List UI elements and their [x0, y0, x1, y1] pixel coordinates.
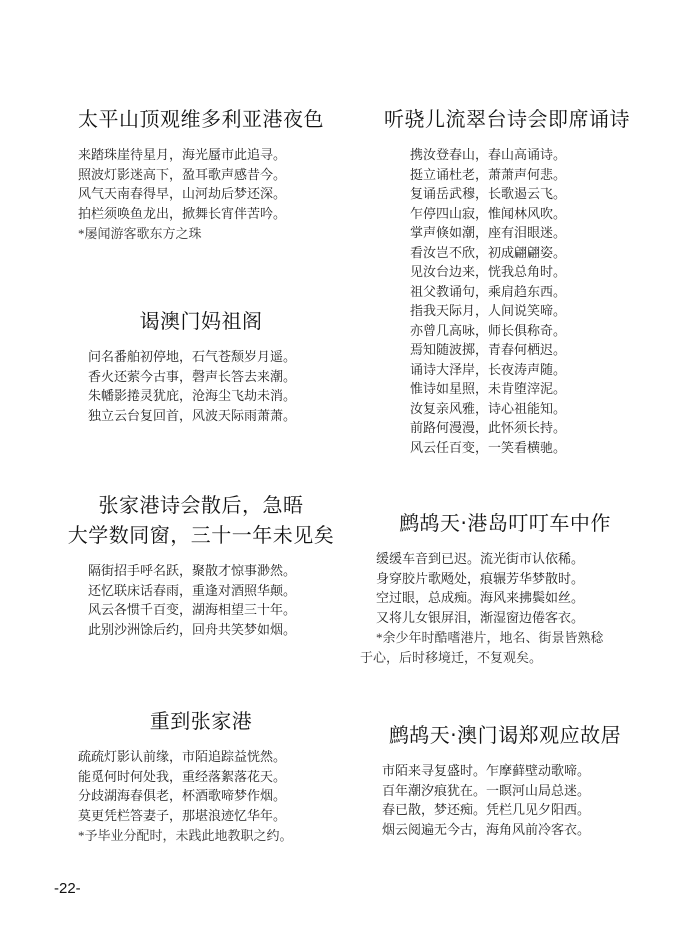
poem-line: 诵诗大泽岸，长夜涛声随。	[410, 361, 642, 381]
poem-body: 隔街招手呼名跃，聚散才惊事渺然。 还忆联床话春雨，重逢对酒照华颠。 风云各惯千百…	[88, 562, 336, 640]
poem-line: 拍栏须唤鱼龙出，掀舞长宵伴苦吟。	[78, 205, 336, 225]
poem-line: 照波灯影迷高下，盈耳歌声感昔今。	[78, 166, 336, 186]
poem-line: 风云任百变，一笑看横驰。	[410, 439, 642, 459]
poem-line: 身穿胶片歌飏处，痕辗芳华梦散时。	[376, 570, 650, 590]
poem-line: 风云各惯千百变，湖海相望三十年。	[88, 601, 336, 621]
poem-liucuitai-recital: 听骁儿流翠台诗会即席诵诗 携汝登春山，春山高诵诗。 挺立诵杜老，萧萧声何悲。 复…	[372, 104, 642, 458]
poem-body: 来踏珠崖待星月，海光蜃市此追寻。 照波灯影迷高下，盈耳歌声感昔今。 风气天南春得…	[78, 146, 336, 244]
poem-note-line-1: *余少年时酷嗜港片，地名、街景皆熟稔	[376, 628, 650, 648]
poem-line: 惟诗如星照，未肯堕滓泥。	[410, 380, 642, 400]
poem-line: 指我天际月，人间说笑啼。	[410, 302, 642, 322]
poem-mazu-temple: 谒澳门妈祖阁 问名番舶初停地，石气苍颓岁月遥。 香火还萦今古事，磬声长答去来潮。…	[66, 306, 336, 426]
poem-line: 能觅何时何处我，重经落絮落花天。	[78, 768, 336, 788]
poem-line: 焉知随波掷，青春何栖迟。	[410, 341, 642, 361]
poem-line: 缓缓车音到已迟。流光街市认依稀。	[376, 550, 650, 570]
poem-line: 祖父教诵句，乘肩趋东西。	[410, 283, 642, 303]
poem-line: 风气天南春得早，山河劫后梦还深。	[78, 185, 336, 205]
poem-title: 听骁儿流翠台诗会即席诵诗	[372, 104, 642, 134]
poem-line: 携汝登春山，春山高诵诗。	[410, 146, 642, 166]
poem-body: 携汝登春山，春山高诵诗。 挺立诵杜老，萧萧声何悲。 复诵岳武穆，长歌遏云飞。 乍…	[410, 146, 642, 458]
poem-line: 分歧湖海春俱老，杯酒歌啼梦作烟。	[78, 787, 336, 807]
poem-line: 市陌来寻复盛时。乍摩藓壁动歌啼。	[382, 762, 650, 782]
poem-line: 复诵岳武穆，长歌遏云飞。	[410, 185, 642, 205]
poem-line: 空过眼，总成痴。海风来拂鬓如丝。	[376, 589, 650, 609]
poem-line: 独立云台复回首，风波天际雨萧萧。	[88, 407, 336, 427]
poem-line: 汝复亲风雅，诗心祖能知。	[410, 400, 642, 420]
poem-note: *屡闻游客歌东方之珠	[78, 224, 336, 244]
poem-line: 见汝台边来，恍我总角时。	[410, 263, 642, 283]
poem-line: 又将儿女银屏泪，渐湿窗边倦客衣。	[376, 609, 650, 629]
poem-line: 香火还萦今古事，磬声长答去来潮。	[88, 368, 336, 388]
poem-title-line-2: 大学数同窗，三十一年未见矣	[66, 520, 336, 550]
poem-title: 太平山顶观维多利亚港夜色	[66, 104, 336, 134]
poem-line: 还忆联床话春雨，重逢对酒照华颠。	[88, 582, 336, 602]
poem-line: 来踏珠崖待星月，海光蜃市此追寻。	[78, 146, 336, 166]
poem-title: 鹧鸪天·澳门谒郑观应故居	[360, 720, 650, 750]
poem-note-line-2: 于心，后时移境迁，不复观矣。	[360, 648, 650, 668]
poem-line: 乍停四山寂，惟闻林风吹。	[410, 205, 642, 225]
poem-victoria-harbour: 太平山顶观维多利亚港夜色 来踏珠崖待星月，海光蜃市此追寻。 照波灯影迷高下，盈耳…	[66, 104, 336, 244]
poem-title: 重到张家港	[66, 706, 336, 736]
poem-line: 莫更凭栏答妻子，那堪浪迹忆华年。	[78, 807, 336, 827]
poem-line: 前路何漫漫，此怀须长持。	[410, 419, 642, 439]
poem-line: 看汝岂不欣，初成翩翩姿。	[410, 244, 642, 264]
poem-line: 问名番舶初停地，石气苍颓岁月遥。	[88, 348, 336, 368]
poem-zheng-guanying-residence: 鹧鸪天·澳门谒郑观应故居 市陌来寻复盛时。乍摩藓壁动歌啼。 百年潮汐痕犹在。一瞑…	[360, 720, 650, 840]
poem-line: 疏疏灯影认前缘，市陌追踪益恍然。	[78, 748, 336, 768]
poem-line: 百年潮汐痕犹在。一瞑河山局总迷。	[382, 782, 650, 802]
poem-line: 春已散，梦还痴。凭栏几见夕阳西。	[382, 801, 650, 821]
poem-title-line-1: 张家港诗会散后，急晤	[66, 490, 336, 520]
poem-line: 朱幡影捲灵犹庇，沧海尘飞劫未消。	[88, 387, 336, 407]
poem-line: 挺立诵杜老，萧萧声何悲。	[410, 166, 642, 186]
poem-note: *予毕业分配时，未践此地教职之约。	[78, 826, 336, 846]
poem-note: *余少年时酷嗜港片，地名、街景皆熟稔 于心，后时移境迁，不复观矣。	[360, 628, 650, 667]
poem-return-zhangjiagang: 重到张家港 疏疏灯影认前缘，市陌追踪益恍然。 能觅何时何处我，重经落絮落花天。 …	[66, 706, 336, 846]
poem-body: 市陌来寻复盛时。乍摩藓壁动歌啼。 百年潮汐痕犹在。一瞑河山局总迷。 春已散，梦还…	[382, 762, 650, 840]
poem-line: 掌声倏如潮，座有泪眼迷。	[410, 224, 642, 244]
poem-hk-tram: 鹧鸪天·港岛叮叮车中作 缓缓车音到已迟。流光街市认依稀。 身穿胶片歌飏处，痕辗芳…	[360, 508, 650, 667]
poem-line: 隔街招手呼名跃，聚散才惊事渺然。	[88, 562, 336, 582]
poem-line: 此别沙洲馀后约，回舟共笑梦如烟。	[88, 621, 336, 641]
page-number: -22-	[54, 880, 81, 897]
poem-line: 烟云阅遍无今古，海角风前冷客衣。	[382, 821, 650, 841]
poem-zhangjiagang-reunion: 张家港诗会散后，急晤 大学数同窗，三十一年未见矣 隔街招手呼名跃，聚散才惊事渺然…	[66, 490, 336, 640]
poem-line: 亦曾几高咏，师长俱称奇。	[410, 322, 642, 342]
poem-body: 缓缓车音到已迟。流光街市认依稀。 身穿胶片歌飏处，痕辗芳华梦散时。 空过眼，总成…	[376, 550, 650, 628]
poem-body: 疏疏灯影认前缘，市陌追踪益恍然。 能觅何时何处我，重经落絮落花天。 分歧湖海春俱…	[78, 748, 336, 846]
poem-title: 鹧鸪天·港岛叮叮车中作	[360, 508, 650, 538]
poem-title: 谒澳门妈祖阁	[66, 306, 336, 336]
poem-body: 问名番舶初停地，石气苍颓岁月遥。 香火还萦今古事，磬声长答去来潮。 朱幡影捲灵犹…	[88, 348, 336, 426]
